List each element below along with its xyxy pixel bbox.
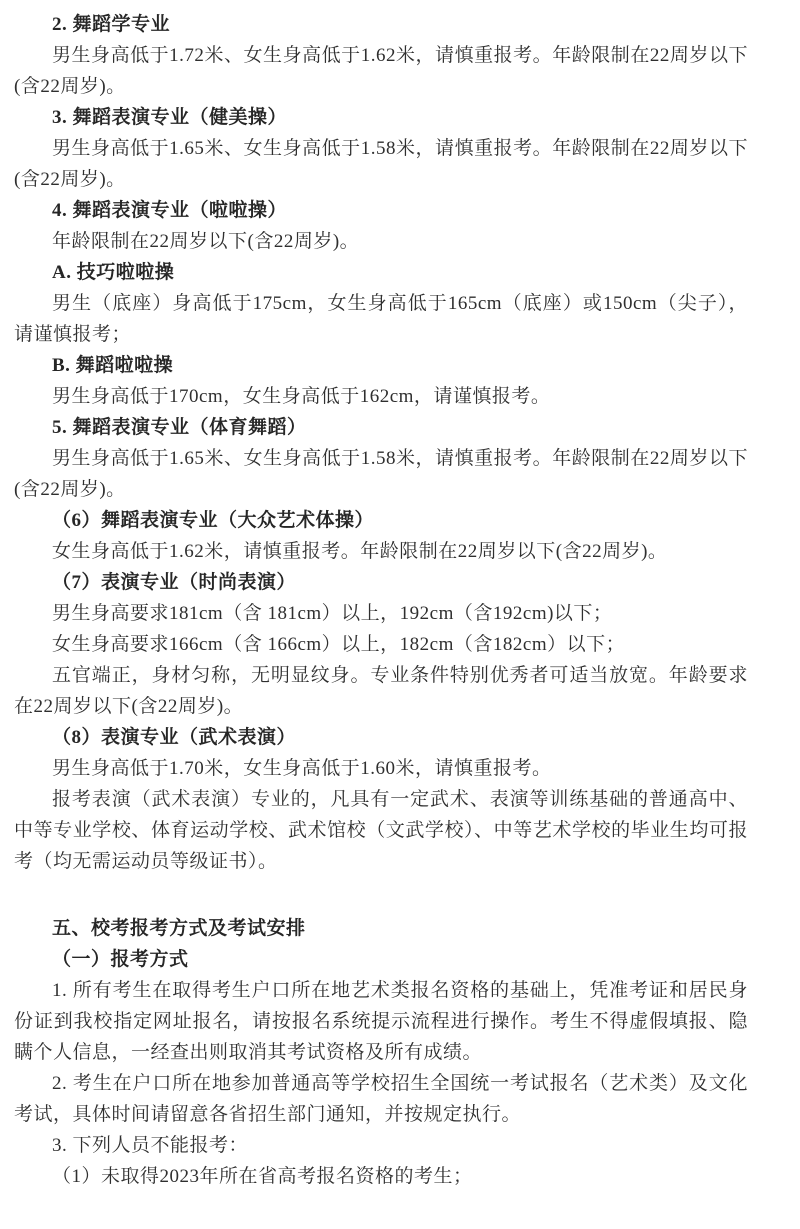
- doc-paragraph: 男生身高要求181cm（含 181cm）以上，192cm（含192cm)以下；: [14, 598, 748, 629]
- doc-paragraph: 男生身高低于1.65米、女生身高低于1.58米，请慎重报考。年龄限制在22周岁以…: [14, 443, 748, 505]
- doc-heading-dance-studies: 2. 舞蹈学专业: [14, 9, 748, 40]
- document-page: 2. 舞蹈学专业 男生身高低于1.72米、女生身高低于1.62米，请慎重报考。年…: [0, 0, 800, 1229]
- doc-heading-registration-method: （一）报考方式: [14, 944, 748, 975]
- doc-paragraph: 男生身高低于170cm，女生身高低于162cm，请谨慎报考。: [14, 381, 748, 412]
- doc-paragraph: 1. 所有考生在取得考生户口所在地艺术类报名资格的基础上，凭准考证和居民身份证到…: [14, 975, 748, 1068]
- doc-section-heading-exam-registration: 五、校考报考方式及考试安排: [14, 913, 748, 944]
- doc-paragraph: 年龄限制在22周岁以下(含22周岁)。: [14, 226, 748, 257]
- doc-paragraph: 男生身高低于1.72米、女生身高低于1.62米，请慎重报考。年龄限制在22周岁以…: [14, 40, 748, 102]
- doc-heading-acrobatic-cheerleading: A. 技巧啦啦操: [14, 257, 748, 288]
- doc-heading-dance-cheerleading: B. 舞蹈啦啦操: [14, 350, 748, 381]
- doc-heading-dance-performance-aerobics: 3. 舞蹈表演专业（健美操）: [14, 102, 748, 133]
- doc-paragraph: 报考表演（武术表演）专业的，凡具有一定武术、表演等训练基础的普通高中、中等专业学…: [14, 784, 748, 877]
- doc-paragraph: 2. 考生在户口所在地参加普通高等学校招生全国统一考试报名（艺术类）及文化考试，…: [14, 1068, 748, 1130]
- doc-heading-dance-performance-sport-dance: 5. 舞蹈表演专业（体育舞蹈）: [14, 412, 748, 443]
- doc-paragraph: 男生身高低于1.65米、女生身高低于1.58米，请慎重报考。年龄限制在22周岁以…: [14, 133, 748, 195]
- doc-paragraph: 五官端正，身材匀称，无明显纹身。专业条件特别优秀者可适当放宽。年龄要求在22周岁…: [14, 660, 748, 722]
- doc-paragraph: 女生身高要求166cm（含 166cm）以上，182cm（含182cm）以下；: [14, 629, 748, 660]
- doc-paragraph: 女生身高低于1.62米，请慎重报考。年龄限制在22周岁以下(含22周岁)。: [14, 536, 748, 567]
- doc-paragraph: 3. 下列人员不能报考：: [14, 1130, 748, 1161]
- doc-heading-performance-wushu: （8）表演专业（武术表演）: [14, 722, 748, 753]
- doc-paragraph: 男生（底座）身高低于175cm，女生身高低于165cm（底座）或150cm（尖子…: [14, 288, 748, 350]
- doc-heading-dance-performance-mass-gymnastics: （6）舞蹈表演专业（大众艺术体操）: [14, 505, 748, 536]
- doc-heading-dance-performance-cheerleading: 4. 舞蹈表演专业（啦啦操）: [14, 195, 748, 226]
- doc-paragraph: （1）未取得2023年所在省高考报名资格的考生；: [14, 1161, 748, 1192]
- doc-paragraph: 男生身高低于1.70米，女生身高低于1.60米，请慎重报考。: [14, 753, 748, 784]
- doc-heading-performance-fashion: （7）表演专业（时尚表演）: [14, 567, 748, 598]
